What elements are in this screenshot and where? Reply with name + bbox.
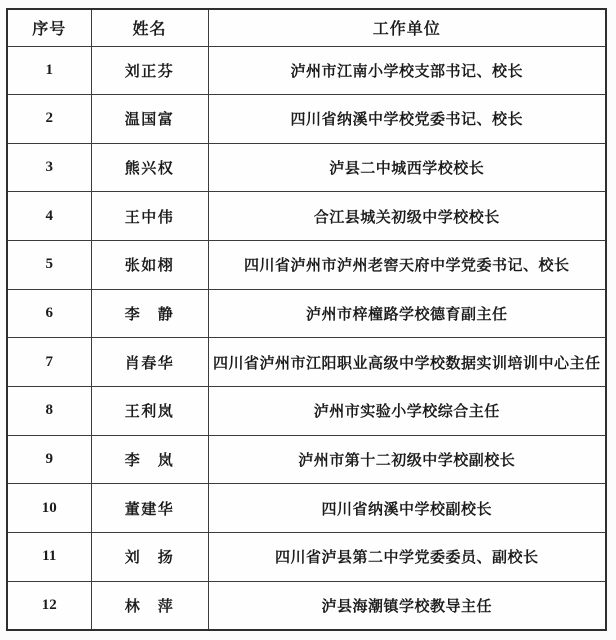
table-row: 6李 静泸州市梓橦路学校德育副主任 xyxy=(7,289,606,338)
table-row: 11刘 扬四川省泸县第二中学党委委员、副校长 xyxy=(7,532,606,581)
cell-unit: 泸州市实验小学校综合主任 xyxy=(208,386,606,435)
cell-serial: 2 xyxy=(7,95,91,144)
cell-unit: 合江县城关初级中学校校长 xyxy=(208,192,606,241)
cell-name: 刘正芬 xyxy=(91,46,208,95)
cell-name: 肖春华 xyxy=(91,338,208,387)
header-unit: 工作单位 xyxy=(208,9,606,46)
cell-name: 董建华 xyxy=(91,484,208,533)
table-row: 1刘正芬泸州市江南小学校支部书记、校长 xyxy=(7,46,606,95)
cell-name: 温国富 xyxy=(91,95,208,144)
table-row: 5张如栩四川省泸州市泸州老窖天府中学党委书记、校长 xyxy=(7,241,606,290)
cell-serial: 6 xyxy=(7,289,91,338)
cell-name: 熊兴权 xyxy=(91,143,208,192)
document-page: 序号 姓名 工作单位 1刘正芬泸州市江南小学校支部书记、校长2温国富四川省纳溪中… xyxy=(0,0,616,640)
table-row: 2温国富四川省纳溪中学校党委书记、校长 xyxy=(7,95,606,144)
table-row: 9李 岚泸州市第十二初级中学校副校长 xyxy=(7,435,606,484)
header-serial: 序号 xyxy=(7,9,91,46)
cell-serial: 10 xyxy=(7,484,91,533)
cell-name: 张如栩 xyxy=(91,241,208,290)
cell-unit: 泸县二中城西学校校长 xyxy=(208,143,606,192)
cell-name: 王中伟 xyxy=(91,192,208,241)
cell-name: 林 萍 xyxy=(91,581,208,630)
cell-serial: 8 xyxy=(7,386,91,435)
cell-unit: 四川省纳溪中学校党委书记、校长 xyxy=(208,95,606,144)
cell-unit: 四川省泸州市江阳职业高级中学校数据实训培训中心主任 xyxy=(208,338,606,387)
cell-unit: 四川省泸州市泸州老窖天府中学党委书记、校长 xyxy=(208,241,606,290)
cell-name: 李 岚 xyxy=(91,435,208,484)
cell-serial: 3 xyxy=(7,143,91,192)
cell-serial: 9 xyxy=(7,435,91,484)
table-row: 10董建华四川省纳溪中学校副校长 xyxy=(7,484,606,533)
cell-serial: 1 xyxy=(7,46,91,95)
table-row: 7肖春华四川省泸州市江阳职业高级中学校数据实训培训中心主任 xyxy=(7,338,606,387)
cell-serial: 12 xyxy=(7,581,91,630)
table-row: 4王中伟合江县城关初级中学校校长 xyxy=(7,192,606,241)
cell-name: 李 静 xyxy=(91,289,208,338)
table-row: 12林 萍泸县海潮镇学校教导主任 xyxy=(7,581,606,630)
cell-serial: 5 xyxy=(7,241,91,290)
cell-serial: 4 xyxy=(7,192,91,241)
cell-name: 刘 扬 xyxy=(91,532,208,581)
table-row: 3熊兴权泸县二中城西学校校长 xyxy=(7,143,606,192)
header-row: 序号 姓名 工作单位 xyxy=(7,9,606,46)
cell-unit: 泸州市梓橦路学校德育副主任 xyxy=(208,289,606,338)
header-name: 姓名 xyxy=(91,9,208,46)
cell-serial: 11 xyxy=(7,532,91,581)
cell-unit: 四川省泸县第二中学党委委员、副校长 xyxy=(208,532,606,581)
cell-serial: 7 xyxy=(7,338,91,387)
table-row: 8王利岚泸州市实验小学校综合主任 xyxy=(7,386,606,435)
roster-table: 序号 姓名 工作单位 1刘正芬泸州市江南小学校支部书记、校长2温国富四川省纳溪中… xyxy=(6,8,607,631)
cell-unit: 泸县海潮镇学校教导主任 xyxy=(208,581,606,630)
cell-unit: 泸州市江南小学校支部书记、校长 xyxy=(208,46,606,95)
cell-unit: 泸州市第十二初级中学校副校长 xyxy=(208,435,606,484)
cell-name: 王利岚 xyxy=(91,386,208,435)
cell-unit: 四川省纳溪中学校副校长 xyxy=(208,484,606,533)
